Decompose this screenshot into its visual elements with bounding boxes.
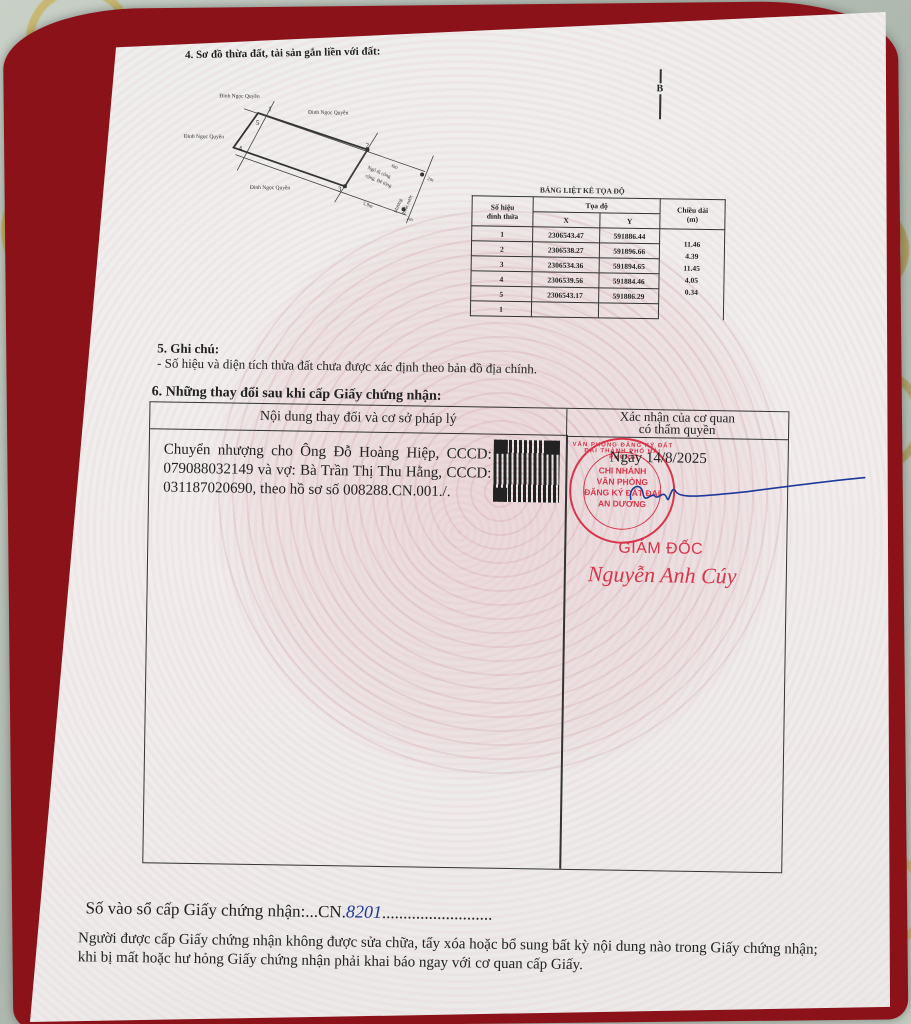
svg-text:Đinh Ngọc Quyền: Đinh Ngọc Quyền [184,133,225,141]
certificate-book-number: Số vào sổ cấp Giấy chứng nhận:...CN.8201… [85,897,492,924]
column-divider [559,435,567,869]
certificate-warning: Người được cấp Giấy chứng nhận không đượ… [78,929,839,979]
section-4-title: 4. Sơ đồ thừa đất, tài sản gắn liền với … [185,45,381,61]
svg-text:4: 4 [238,145,242,153]
svg-text:6m: 6m [391,164,399,171]
svg-text:Đinh Ngọc Quyền: Đinh Ngọc Quyền [219,92,260,100]
column-header-content: Nội dung thay đổi và cơ sở pháp lý [150,402,567,436]
svg-text:Đinh Ngọc Quyền: Đinh Ngọc Quyền [308,109,349,117]
length-column: 11.464.3911.454.050.34 [658,229,724,320]
coordinate-table-title: BẢNG LIỆT KÊ TỌA ĐỘ [540,185,625,195]
svg-text:1: 1 [268,105,272,113]
column-header-confirmation: Xác nhận của cơ quan có thẩm quyền [566,409,788,440]
svg-text:5: 5 [256,119,260,127]
page-content: 4. Sơ đồ thừa đất, tài sản gắn liền với … [0,0,911,1024]
land-plot-diagram: Đinh Ngọc Quyền Đinh Ngọc Quyền Đinh Ngọ… [174,84,456,228]
header-y: Y [599,213,660,229]
header-point: Số hiệu đỉnh thửa [472,196,533,227]
svg-text:thoát nước: thoát nước [402,194,415,216]
svg-text:2: 2 [365,142,369,150]
section-5: 5. Ghi chú: - Số hiệu và diện tích thửa … [157,340,537,376]
header-x: X [533,212,600,228]
svg-text:3: 3 [338,185,342,193]
header-length: Chiều dài (m) [660,199,725,230]
signer-role: GIÁM ĐỐC [618,540,703,559]
changes-table: Nội dung thay đổi và cơ sở pháp lý Xác n… [142,401,789,873]
signer-name: Nguyễn Anh Cúy [588,561,737,589]
svg-text:2m: 2m [426,177,434,184]
handwritten-signature [627,470,868,524]
confirmation-date: Ngày 14/8/2025 [610,450,707,469]
change-entry-text: Chuyển nhượng cho Ông Đỗ Hoàng Hiệp, CCC… [163,440,492,502]
handwritten-book-number: 8201 [346,901,382,922]
coordinate-table: Số hiệu đỉnh thửa Tọa độ Chiều dài (m) X… [470,195,726,320]
qr-code-icon [493,440,560,503]
svg-text:Đinh Ngọc Quyền: Đinh Ngọc Quyền [250,184,291,192]
